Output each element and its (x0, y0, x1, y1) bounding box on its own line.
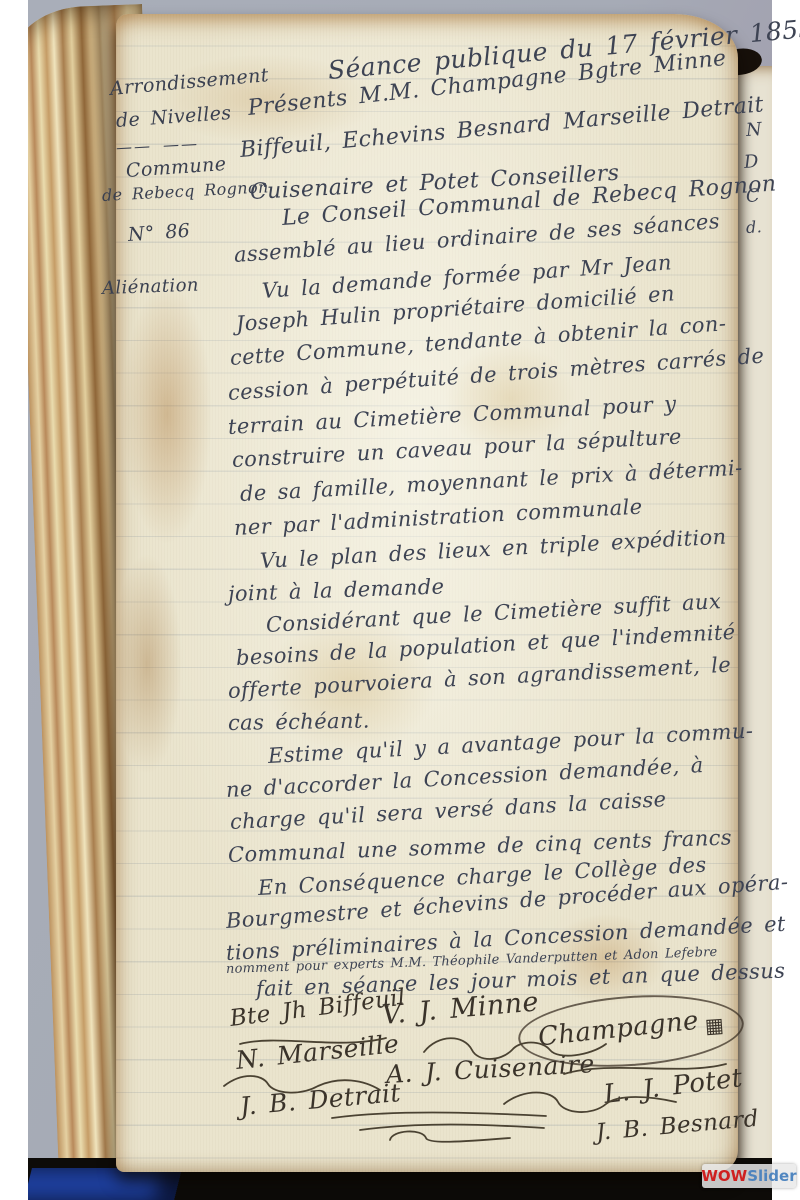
wowslider-watermark[interactable]: WOWSlider (702, 1164, 796, 1188)
hatch-mark-icon: ▦ (704, 1013, 725, 1038)
slider-photo-frame: Arrondissement de Nivelles —— —— Commune… (0, 0, 800, 1200)
facing-page-fragment: N (745, 119, 763, 141)
facing-page-fragment: d. (746, 217, 763, 237)
facing-page-fragment: C (745, 185, 760, 207)
blue-cloth (28, 1168, 182, 1200)
facing-page-fragment: D (743, 151, 759, 173)
watermark-wow-text: WOW (701, 1169, 747, 1184)
paper-stain (122, 284, 212, 544)
margin-act-number: N° 86 (127, 220, 191, 246)
paper-stain (112, 554, 182, 774)
signature-champagne: Champagne (536, 1006, 700, 1053)
body-line: cas échéant. (228, 709, 370, 735)
margin-alienation: Aliénation (102, 275, 200, 299)
watermark-slider-text: Slider (747, 1169, 796, 1184)
